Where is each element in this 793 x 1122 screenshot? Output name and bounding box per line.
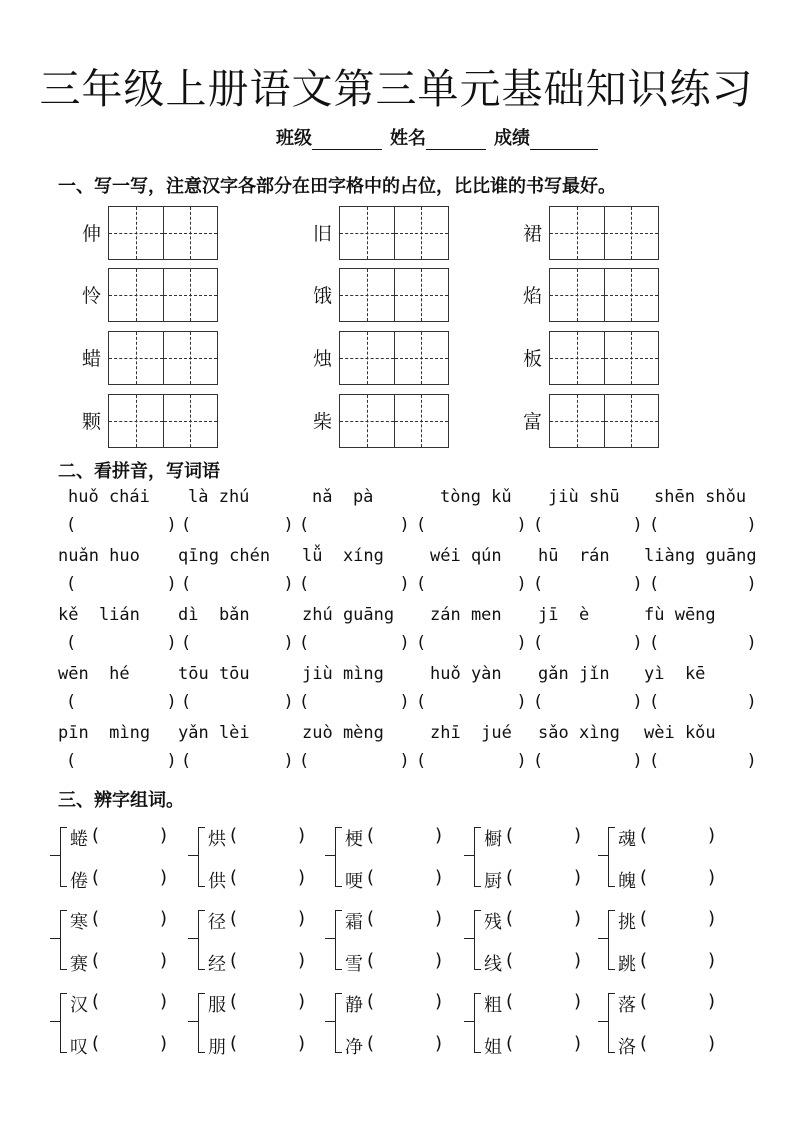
- tianzige-cell[interactable]: [163, 395, 218, 447]
- answer-blank-open[interactable]: (: [506, 991, 513, 1012]
- answer-blank-close[interactable]: ): [401, 515, 408, 535]
- target-character: 寒: [70, 908, 88, 934]
- tianzige-item: 富: [523, 393, 659, 448]
- tianzige-box[interactable]: [339, 206, 449, 260]
- pinyin-text: wèi kǒu: [644, 723, 716, 743]
- tianzige-cell[interactable]: [340, 332, 394, 384]
- pinyin-text: shēn shǒu: [654, 487, 746, 507]
- answer-blank-close[interactable]: ): [401, 574, 408, 594]
- word-pair-group: 汉()叹(): [50, 989, 180, 1059]
- answer-blank-close[interactable]: ): [748, 751, 755, 771]
- answer-blank-open[interactable]: (: [535, 515, 542, 535]
- model-character: 柴: [313, 407, 339, 434]
- word-pair-line: 供(): [208, 867, 318, 891]
- model-character: 焰: [523, 281, 549, 308]
- model-character: 怜: [82, 281, 108, 308]
- pinyin-text: gǎn jǐn: [538, 664, 610, 684]
- answer-blank-open[interactable]: (: [535, 692, 542, 712]
- answer-blank-open[interactable]: (: [506, 867, 513, 888]
- word-pair-line: 经(): [208, 950, 318, 974]
- target-character: 径: [208, 908, 226, 934]
- answer-blank-close[interactable]: ): [708, 991, 715, 1012]
- answer-blank-close[interactable]: ): [518, 515, 525, 535]
- model-character: 饿: [313, 281, 339, 308]
- pinyin-text: hū rán: [538, 546, 610, 566]
- answer-blank-open[interactable]: (: [68, 633, 75, 653]
- bracket-icon: [608, 910, 615, 970]
- answer-blank-open[interactable]: (: [367, 1033, 374, 1054]
- bracket-tick: [188, 855, 199, 856]
- answer-blank-open[interactable]: (: [92, 867, 99, 888]
- word-pair-line: 梗(): [345, 825, 455, 849]
- answer-blank-close[interactable]: ): [435, 991, 442, 1012]
- answer-blank-close[interactable]: ): [168, 574, 175, 594]
- target-character: 经: [208, 950, 226, 976]
- bracket-tick: [598, 938, 609, 939]
- tianzige-box[interactable]: [108, 206, 218, 260]
- model-character: 烛: [313, 344, 339, 371]
- answer-blank-close[interactable]: ): [168, 692, 175, 712]
- answer-blank-close[interactable]: ): [708, 950, 715, 971]
- tianzige-cell[interactable]: [109, 332, 163, 384]
- answer-row: ()()()()()(): [58, 515, 768, 539]
- answer-blank-open[interactable]: (: [183, 633, 190, 653]
- pinyin-text: qīng chén: [178, 546, 270, 566]
- answer-blank-close[interactable]: ): [634, 515, 641, 535]
- tianzige-cell[interactable]: [340, 207, 394, 259]
- word-pair-line: 魂(): [618, 825, 728, 849]
- target-character: 线: [484, 950, 502, 976]
- answer-blank-close[interactable]: ): [574, 908, 581, 929]
- answer-blank-open[interactable]: (: [230, 991, 237, 1012]
- student-info: 班级 姓名 成绩: [276, 124, 606, 150]
- answer-blank-open[interactable]: (: [651, 574, 658, 594]
- answer-blank-close[interactable]: ): [748, 515, 755, 535]
- section2-heading: 二、看拼音，写词语: [58, 457, 220, 483]
- answer-blank-close[interactable]: ): [298, 950, 305, 971]
- pinyin-text: là zhú: [188, 487, 249, 507]
- answer-blank-close[interactable]: ): [518, 633, 525, 653]
- word-pair-line: 赛(): [70, 950, 180, 974]
- word-pair-group: 蜷()倦(): [50, 823, 180, 893]
- answer-blank-open[interactable]: (: [640, 908, 647, 929]
- target-character: 哽: [345, 867, 363, 893]
- bracket-tick: [325, 1021, 336, 1022]
- word-pair-line: 洛(): [618, 1033, 728, 1057]
- bracket-icon: [335, 827, 342, 887]
- name-label: 姓名: [390, 124, 426, 150]
- tianzige-box[interactable]: [108, 268, 218, 322]
- target-character: 梗: [345, 825, 363, 851]
- bracket-icon: [474, 827, 481, 887]
- tianzige-cell[interactable]: [550, 269, 604, 321]
- word-pair-line: 粗(): [484, 991, 594, 1015]
- answer-blank-open[interactable]: (: [506, 825, 513, 846]
- tianzige-cell[interactable]: [604, 269, 659, 321]
- answer-blank-close[interactable]: ): [168, 751, 175, 771]
- target-character: 雪: [345, 950, 363, 976]
- tianzige-item: 饿: [313, 267, 449, 322]
- answer-blank-close[interactable]: ): [574, 867, 581, 888]
- word-pair-group: 静()净(): [325, 989, 455, 1059]
- tianzige-cell[interactable]: [109, 395, 163, 447]
- answer-blank-close[interactable]: ): [748, 633, 755, 653]
- answer-blank-close[interactable]: ): [298, 825, 305, 846]
- bracket-icon: [198, 827, 205, 887]
- pinyin-row: huǒ cháilà zhúnǎ pàtòng kǔjiù shūshēn sh…: [58, 487, 758, 511]
- answer-blank-open[interactable]: (: [301, 633, 308, 653]
- tianzige-cell[interactable]: [550, 207, 604, 259]
- answer-blank-close[interactable]: ): [401, 692, 408, 712]
- tianzige-cell[interactable]: [550, 332, 604, 384]
- pinyin-text: zhī jué: [430, 723, 512, 743]
- answer-blank-close[interactable]: ): [748, 692, 755, 712]
- answer-row: ()()()()()(): [58, 574, 768, 598]
- tianzige-item: 板: [523, 330, 659, 385]
- answer-blank-open[interactable]: (: [68, 574, 75, 594]
- answer-blank-open[interactable]: (: [183, 751, 190, 771]
- tianzige-item: 烛: [313, 330, 449, 385]
- pinyin-text: yǎn lèi: [178, 723, 250, 743]
- answer-blank-close[interactable]: ): [435, 1033, 442, 1054]
- bracket-icon: [474, 993, 481, 1053]
- answer-blank-close[interactable]: ): [574, 825, 581, 846]
- answer-blank-open[interactable]: (: [183, 515, 190, 535]
- answer-row: ()()()()()(): [58, 751, 768, 775]
- answer-blank-open[interactable]: (: [535, 633, 542, 653]
- pinyin-text: huǒ chái: [68, 487, 150, 507]
- answer-blank-open[interactable]: (: [92, 825, 99, 846]
- bracket-tick: [598, 855, 609, 856]
- target-character: 净: [345, 1033, 363, 1059]
- target-character: 跳: [618, 950, 636, 976]
- pinyin-text: pīn mìng: [58, 723, 150, 743]
- model-character: 板: [523, 344, 549, 371]
- answer-blank-close[interactable]: ): [160, 950, 167, 971]
- tianzige-cell[interactable]: [550, 395, 604, 447]
- word-pair-line: 净(): [345, 1033, 455, 1057]
- answer-blank-open[interactable]: (: [230, 825, 237, 846]
- tianzige-item: 怜: [82, 267, 218, 322]
- tianzige-cell[interactable]: [163, 207, 218, 259]
- bracket-tick: [50, 1021, 61, 1022]
- answer-blank-open[interactable]: (: [367, 908, 374, 929]
- answer-blank-open[interactable]: (: [92, 950, 99, 971]
- answer-blank-close[interactable]: ): [298, 908, 305, 929]
- tianzige-cell[interactable]: [394, 269, 449, 321]
- word-pair-group: 寒()赛(): [50, 906, 180, 976]
- pinyin-row: nuǎn huoqīng chénlǚ xíngwéi qúnhū ránlià…: [58, 546, 758, 570]
- answer-blank-open[interactable]: (: [651, 633, 658, 653]
- word-pair-group: 服()朋(): [188, 989, 318, 1059]
- pinyin-text: zuò mèng: [302, 723, 384, 743]
- name-field[interactable]: [426, 131, 486, 150]
- tianzige-cell[interactable]: [163, 269, 218, 321]
- model-character: 颗: [82, 407, 108, 434]
- word-pair-group: 魂()魄(): [598, 823, 728, 893]
- class-label: 班级: [276, 124, 312, 150]
- answer-blank-close[interactable]: ): [285, 692, 292, 712]
- answer-blank-open[interactable]: (: [418, 692, 425, 712]
- bracket-tick: [464, 938, 475, 939]
- bracket-icon: [335, 910, 342, 970]
- answer-blank-close[interactable]: ): [285, 574, 292, 594]
- answer-blank-close[interactable]: ): [748, 574, 755, 594]
- pinyin-text: liàng guāng: [644, 546, 757, 566]
- answer-blank-close[interactable]: ): [298, 991, 305, 1012]
- word-pair-group: 霜()雪(): [325, 906, 455, 976]
- word-pair-group: 挑()跳(): [598, 906, 728, 976]
- answer-blank-open[interactable]: (: [230, 908, 237, 929]
- tianzige-box[interactable]: [339, 268, 449, 322]
- answer-blank-close[interactable]: ): [285, 515, 292, 535]
- answer-blank-close[interactable]: ): [401, 633, 408, 653]
- answer-blank-close[interactable]: ): [708, 1033, 715, 1054]
- target-character: 烘: [208, 825, 226, 851]
- answer-row: ()()()()()(): [58, 633, 768, 657]
- tianzige-box[interactable]: [549, 206, 659, 260]
- target-character: 厨: [484, 867, 502, 893]
- bracket-tick: [325, 855, 336, 856]
- answer-blank-close[interactable]: ): [708, 867, 715, 888]
- model-character: 裙: [523, 219, 549, 246]
- answer-blank-open[interactable]: (: [68, 751, 75, 771]
- word-pair-line: 厨(): [484, 867, 594, 891]
- worksheet-title: 三年级上册语文第三单元基础知识练习: [0, 56, 793, 115]
- pinyin-text: tōu tōu: [178, 664, 250, 684]
- answer-blank-close[interactable]: ): [708, 908, 715, 929]
- class-field[interactable]: [312, 131, 382, 150]
- answer-blank-open[interactable]: (: [506, 950, 513, 971]
- answer-blank-open[interactable]: (: [92, 991, 99, 1012]
- answer-blank-close[interactable]: ): [285, 751, 292, 771]
- answer-blank-close[interactable]: ): [401, 751, 408, 771]
- answer-blank-close[interactable]: ): [518, 692, 525, 712]
- answer-blank-open[interactable]: (: [367, 825, 374, 846]
- bracket-icon: [198, 993, 205, 1053]
- model-character: 伸: [82, 219, 108, 246]
- bracket-tick: [188, 938, 199, 939]
- answer-blank-close[interactable]: ): [160, 908, 167, 929]
- target-character: 魄: [618, 867, 636, 893]
- answer-blank-close[interactable]: ): [168, 633, 175, 653]
- tianzige-box[interactable]: [339, 331, 449, 385]
- target-character: 服: [208, 991, 226, 1017]
- tianzige-cell[interactable]: [394, 332, 449, 384]
- bracket-icon: [60, 827, 67, 887]
- answer-blank-open[interactable]: (: [640, 950, 647, 971]
- answer-blank-close[interactable]: ): [168, 515, 175, 535]
- answer-blank-open[interactable]: (: [183, 574, 190, 594]
- pinyin-text: fù wēng: [644, 605, 716, 625]
- tianzige-box[interactable]: [108, 394, 218, 448]
- answer-blank-close[interactable]: ): [634, 692, 641, 712]
- tianzige-item: 裙: [523, 205, 659, 260]
- pinyin-row: kě liándì bǎnzhú guāngzán menjī èfù wēng: [58, 605, 758, 629]
- answer-blank-close[interactable]: ): [574, 950, 581, 971]
- answer-blank-open[interactable]: (: [183, 692, 190, 712]
- answer-blank-close[interactable]: ): [435, 867, 442, 888]
- answer-blank-close[interactable]: ): [435, 908, 442, 929]
- score-field[interactable]: [530, 131, 598, 150]
- answer-blank-close[interactable]: ): [634, 751, 641, 771]
- answer-blank-close[interactable]: ): [435, 950, 442, 971]
- bracket-tick: [325, 938, 336, 939]
- answer-blank-close[interactable]: ): [160, 867, 167, 888]
- bracket-tick: [188, 1021, 199, 1022]
- tianzige-cell[interactable]: [394, 207, 449, 259]
- answer-blank-close[interactable]: ): [298, 1033, 305, 1054]
- target-character: 洛: [618, 1033, 636, 1059]
- pinyin-text: sǎo xìng: [538, 723, 620, 743]
- tianzige-box[interactable]: [549, 394, 659, 448]
- pinyin-text: jiù mìng: [302, 664, 384, 684]
- bracket-tick: [50, 855, 61, 856]
- answer-blank-close[interactable]: ): [634, 633, 641, 653]
- bracket-icon: [60, 993, 67, 1053]
- tianzige-cell[interactable]: [394, 395, 449, 447]
- word-pair-line: 蜷(): [70, 825, 180, 849]
- word-pair-line: 烘(): [208, 825, 318, 849]
- answer-blank-open[interactable]: (: [651, 751, 658, 771]
- answer-blank-close[interactable]: ): [518, 751, 525, 771]
- model-character: 旧: [313, 219, 339, 246]
- bracket-tick: [598, 1021, 609, 1022]
- answer-blank-open[interactable]: (: [640, 991, 647, 1012]
- answer-blank-open[interactable]: (: [640, 1033, 647, 1054]
- answer-blank-open[interactable]: (: [92, 1033, 99, 1054]
- pinyin-text: nǎ pà: [312, 487, 373, 507]
- word-pair-line: 跳(): [618, 950, 728, 974]
- word-pair-line: 魄(): [618, 867, 728, 891]
- target-character: 残: [484, 908, 502, 934]
- answer-blank-open[interactable]: (: [651, 692, 658, 712]
- answer-blank-open[interactable]: (: [92, 908, 99, 929]
- tianzige-cell[interactable]: [163, 332, 218, 384]
- tianzige-cell[interactable]: [604, 332, 659, 384]
- word-pair-group: 烘()供(): [188, 823, 318, 893]
- word-pair-group: 粗()姐(): [464, 989, 594, 1059]
- tianzige-item: 旧: [313, 205, 449, 260]
- target-character: 供: [208, 867, 226, 893]
- answer-blank-open[interactable]: (: [535, 751, 542, 771]
- tianzige-box[interactable]: [108, 331, 218, 385]
- answer-blank-open[interactable]: (: [418, 751, 425, 771]
- target-character: 叹: [70, 1033, 88, 1059]
- word-pair-line: 线(): [484, 950, 594, 974]
- tianzige-cell[interactable]: [604, 207, 659, 259]
- pinyin-text: yì kē: [644, 664, 705, 684]
- answer-blank-close[interactable]: ): [285, 633, 292, 653]
- answer-blank-open[interactable]: (: [301, 515, 308, 535]
- word-pair-line: 残(): [484, 908, 594, 932]
- pinyin-text: lǚ xíng: [302, 546, 384, 566]
- word-pair-line: 雪(): [345, 950, 455, 974]
- word-pair-group: 落()洛(): [598, 989, 728, 1059]
- tianzige-box[interactable]: [339, 394, 449, 448]
- answer-blank-open[interactable]: (: [301, 751, 308, 771]
- answer-blank-close[interactable]: ): [298, 867, 305, 888]
- answer-blank-open[interactable]: (: [230, 867, 237, 888]
- target-character: 橱: [484, 825, 502, 851]
- answer-blank-open[interactable]: (: [367, 950, 374, 971]
- answer-blank-close[interactable]: ): [708, 825, 715, 846]
- word-pair-line: 挑(): [618, 908, 728, 932]
- answer-blank-open[interactable]: (: [68, 692, 75, 712]
- answer-blank-close[interactable]: ): [160, 825, 167, 846]
- section1-heading: 一、写一写，注意汉字各部分在田字格中的占位，比比谁的书写最好。: [58, 172, 616, 198]
- pinyin-text: dì bǎn: [178, 605, 250, 625]
- answer-blank-open[interactable]: (: [68, 515, 75, 535]
- answer-blank-open[interactable]: (: [506, 908, 513, 929]
- pinyin-row: wēn hétōu tōujiù mìnghuǒ yàngǎn jǐnyì kē: [58, 664, 758, 688]
- model-character: 富: [523, 407, 549, 434]
- answer-blank-open[interactable]: (: [640, 825, 647, 846]
- answer-blank-close[interactable]: ): [518, 574, 525, 594]
- answer-blank-open[interactable]: (: [640, 867, 647, 888]
- word-pair-line: 静(): [345, 991, 455, 1015]
- bracket-icon: [608, 993, 615, 1053]
- target-character: 粗: [484, 991, 502, 1017]
- answer-blank-open[interactable]: (: [418, 633, 425, 653]
- target-character: 赛: [70, 950, 88, 976]
- bracket-tick: [464, 1021, 475, 1022]
- answer-blank-open[interactable]: (: [418, 515, 425, 535]
- answer-blank-open[interactable]: (: [418, 574, 425, 594]
- tianzige-cell[interactable]: [109, 269, 163, 321]
- answer-blank-open[interactable]: (: [651, 515, 658, 535]
- answer-blank-close[interactable]: ): [435, 825, 442, 846]
- bracket-tick: [464, 855, 475, 856]
- word-pair-line: 寒(): [70, 908, 180, 932]
- pinyin-text: jiù shū: [548, 487, 620, 507]
- bracket-icon: [60, 910, 67, 970]
- target-character: 静: [345, 991, 363, 1017]
- tianzige-box[interactable]: [549, 331, 659, 385]
- answer-blank-open[interactable]: (: [301, 692, 308, 712]
- answer-blank-open[interactable]: (: [367, 867, 374, 888]
- tianzige-box[interactable]: [549, 268, 659, 322]
- word-pair-line: 霜(): [345, 908, 455, 932]
- target-character: 挑: [618, 908, 636, 934]
- tianzige-item: 焰: [523, 267, 659, 322]
- tianzige-cell[interactable]: [340, 269, 394, 321]
- tianzige-item: 颗: [82, 393, 218, 448]
- bracket-icon: [474, 910, 481, 970]
- answer-blank-open[interactable]: (: [535, 574, 542, 594]
- answer-blank-close[interactable]: ): [160, 991, 167, 1012]
- target-character: 朋: [208, 1033, 226, 1059]
- answer-blank-open[interactable]: (: [230, 1033, 237, 1054]
- answer-blank-close[interactable]: ): [160, 1033, 167, 1054]
- tianzige-cell[interactable]: [604, 395, 659, 447]
- answer-blank-open[interactable]: (: [301, 574, 308, 594]
- answer-blank-close[interactable]: ): [634, 574, 641, 594]
- word-pair-line: 汉(): [70, 991, 180, 1015]
- target-character: 汉: [70, 991, 88, 1017]
- tianzige-cell[interactable]: [109, 207, 163, 259]
- answer-blank-open[interactable]: (: [506, 1033, 513, 1054]
- word-pair-line: 落(): [618, 991, 728, 1015]
- word-pair-group: 残()线(): [464, 906, 594, 976]
- word-pair-group: 橱()厨(): [464, 823, 594, 893]
- tianzige-cell[interactable]: [340, 395, 394, 447]
- answer-blank-open[interactable]: (: [367, 991, 374, 1012]
- word-pair-group: 径()经(): [188, 906, 318, 976]
- answer-blank-close[interactable]: ): [574, 991, 581, 1012]
- answer-blank-open[interactable]: (: [230, 950, 237, 971]
- answer-blank-close[interactable]: ): [574, 1033, 581, 1054]
